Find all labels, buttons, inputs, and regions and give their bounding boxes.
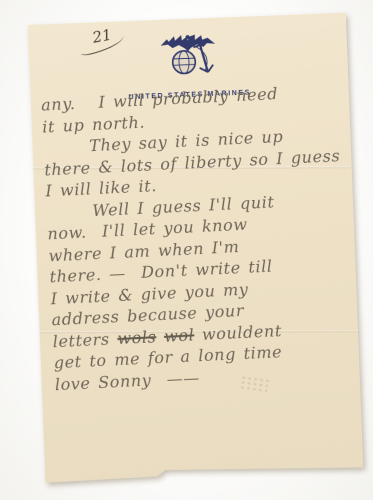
handwriting-text: letters (52, 329, 118, 351)
letter-paper: 21 (28, 13, 363, 485)
handwriting-lines: any. I will probably needit up north.The… (41, 80, 357, 395)
handwriting-text: wouldent (194, 321, 283, 344)
crossed-out-word: wols (117, 327, 157, 348)
photo-background: 21 (0, 0, 373, 500)
pencil-smudge (239, 375, 269, 395)
crossed-out-word: wol (164, 325, 195, 345)
letter-page: 21 (28, 13, 363, 485)
usmc-eagle-globe-anchor-icon (158, 31, 218, 86)
